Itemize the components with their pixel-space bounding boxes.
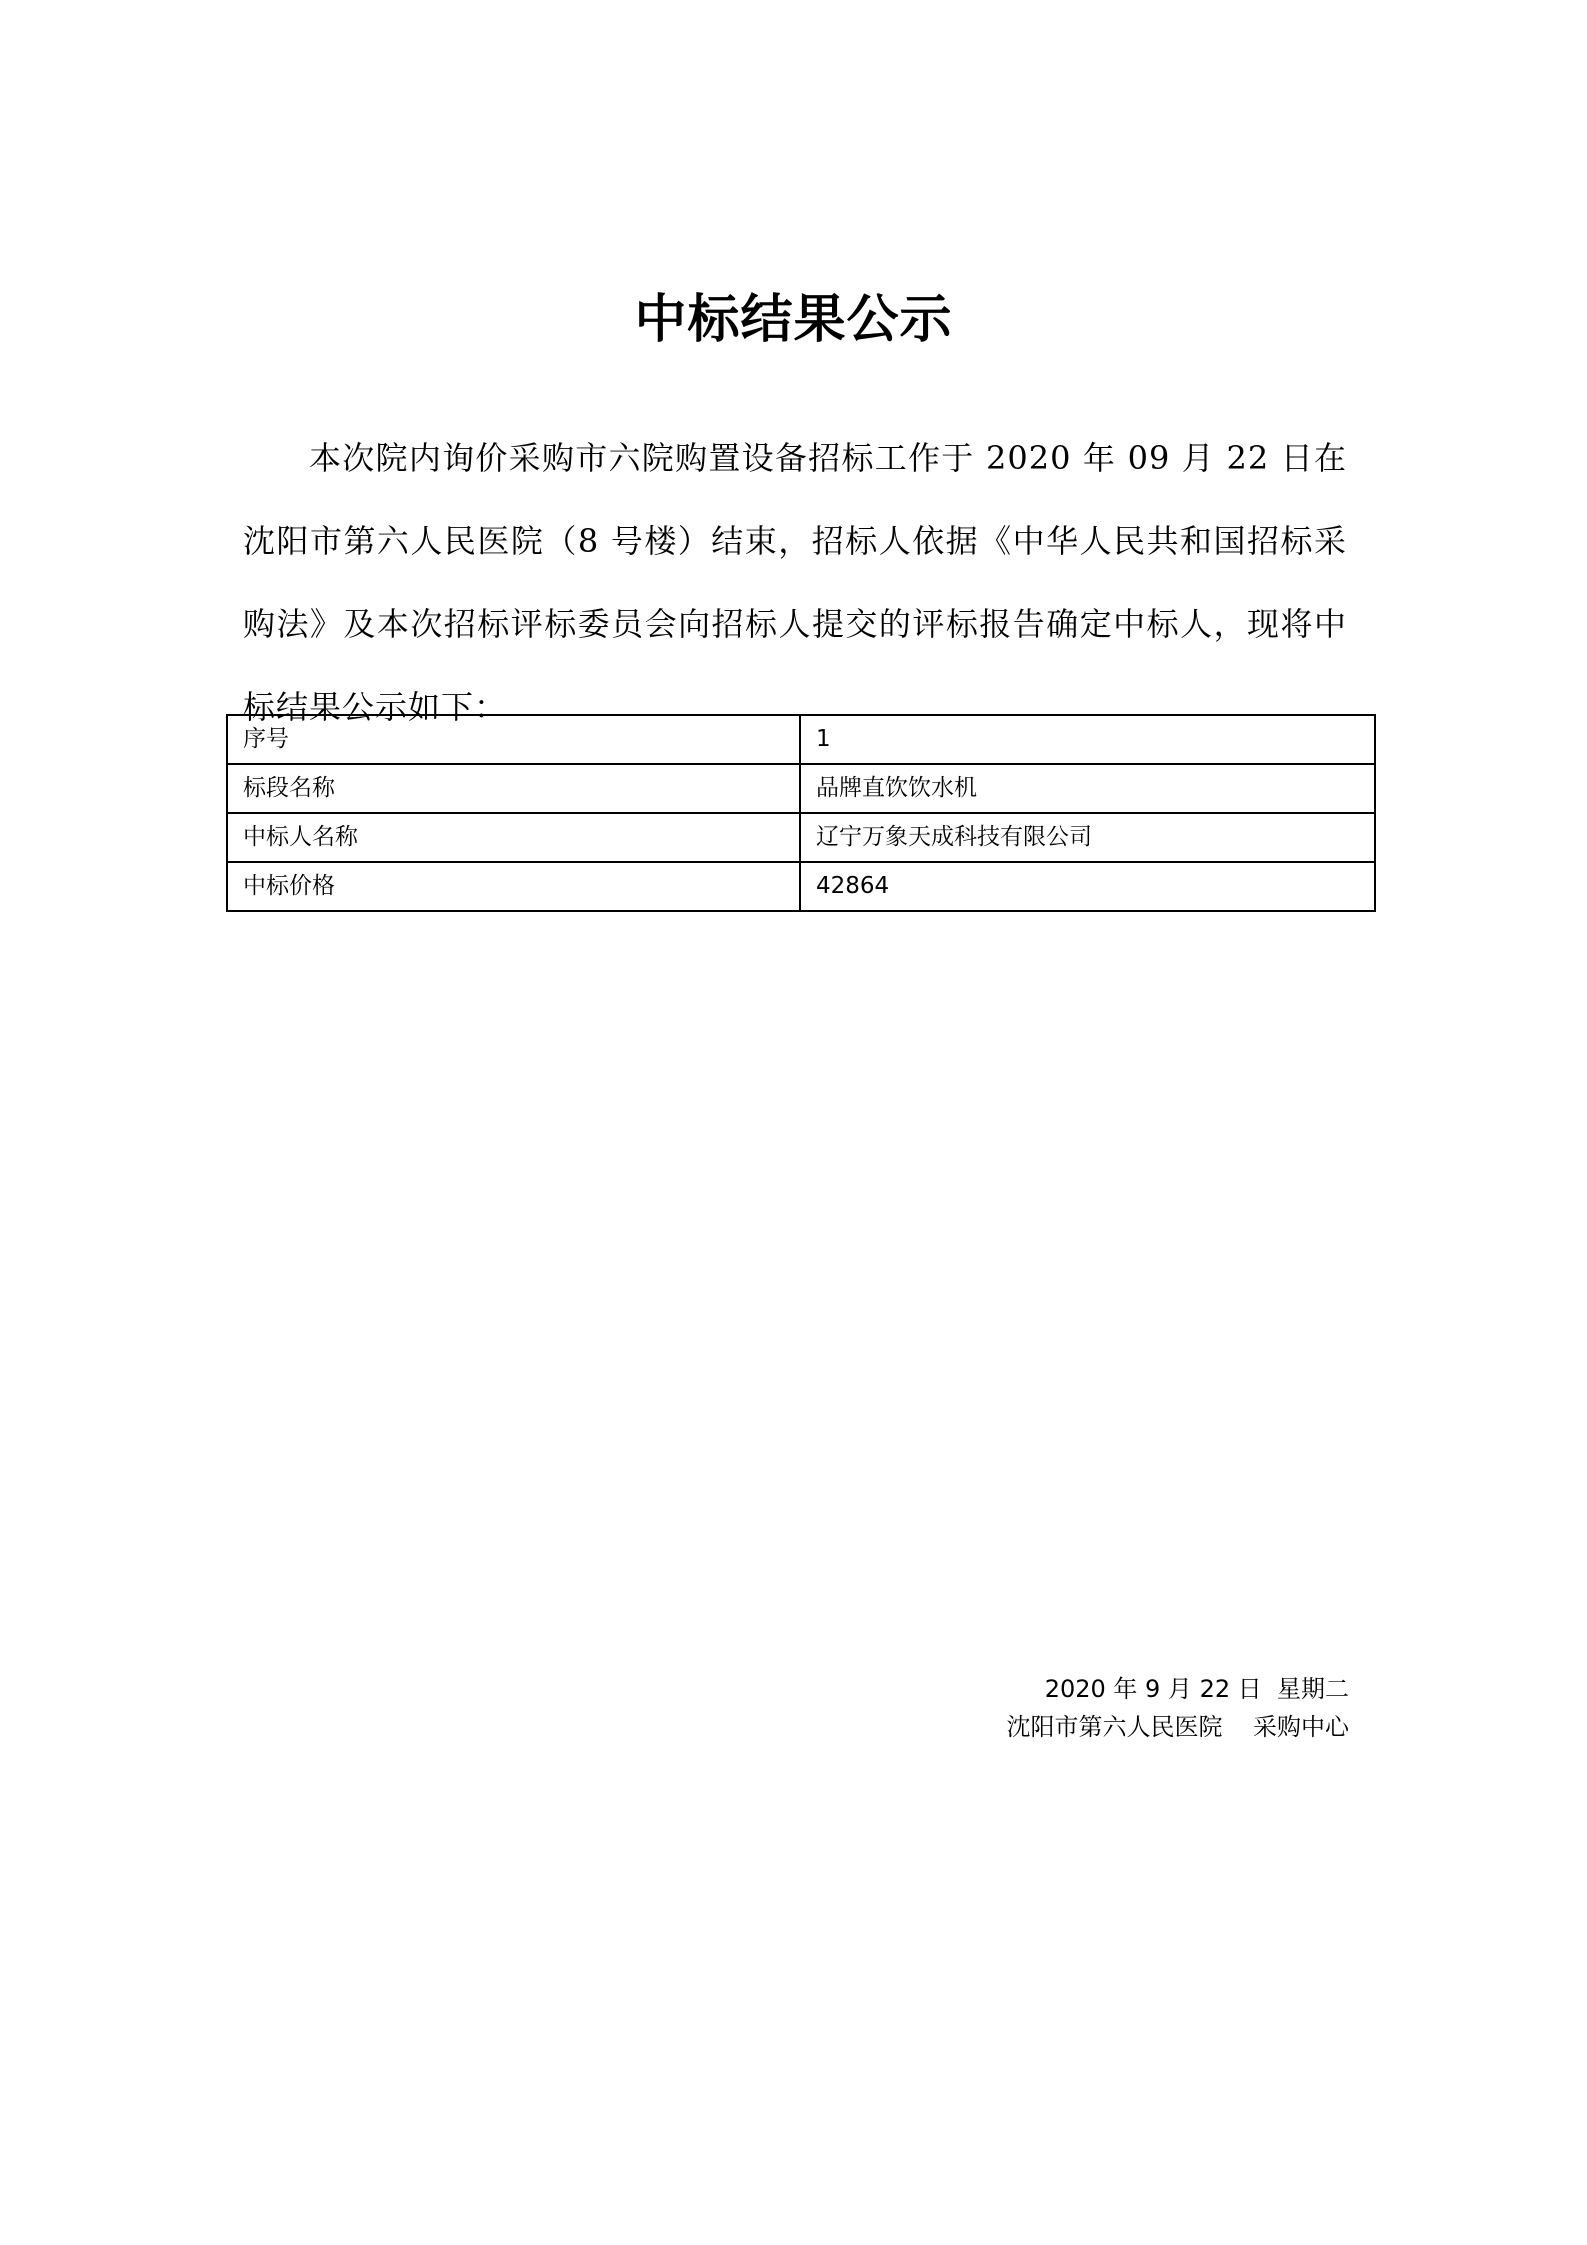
table-row-lot-name: 标段名称 品牌直饮饮水机 xyxy=(227,764,1375,813)
value-winning-bidder: 辽宁万象天成科技有限公司 xyxy=(800,813,1375,862)
signature-date: 2020 年 9 月 22 日 星期二 xyxy=(1006,1670,1349,1708)
value-serial-number: 1 xyxy=(800,715,1375,764)
value-lot-name: 品牌直饮饮水机 xyxy=(800,764,1375,813)
label-lot-name: 标段名称 xyxy=(227,764,800,813)
award-result-table: 序号 1 标段名称 品牌直饮饮水机 中标人名称 辽宁万象天成科技有限公司 中标价… xyxy=(226,714,1376,912)
table-row-serial-number: 序号 1 xyxy=(227,715,1375,764)
table-row-winning-bidder: 中标人名称 辽宁万象天成科技有限公司 xyxy=(227,813,1375,862)
signature-block: 2020 年 9 月 22 日 星期二 沈阳市第六人民医院 采购中心 xyxy=(1006,1670,1349,1746)
signature-organization: 沈阳市第六人民医院 采购中心 xyxy=(1006,1708,1349,1746)
value-winning-price: 42864 xyxy=(800,862,1375,911)
label-winning-bidder: 中标人名称 xyxy=(227,813,800,862)
page-title: 中标结果公示 xyxy=(0,290,1587,350)
label-winning-price: 中标价格 xyxy=(227,862,800,911)
table-row-winning-price: 中标价格 42864 xyxy=(227,862,1375,911)
label-serial-number: 序号 xyxy=(227,715,800,764)
announcement-body: 本次院内询价采购市六院购置设备招标工作于 2020 年 09 月 22 日在沈阳… xyxy=(243,417,1347,749)
